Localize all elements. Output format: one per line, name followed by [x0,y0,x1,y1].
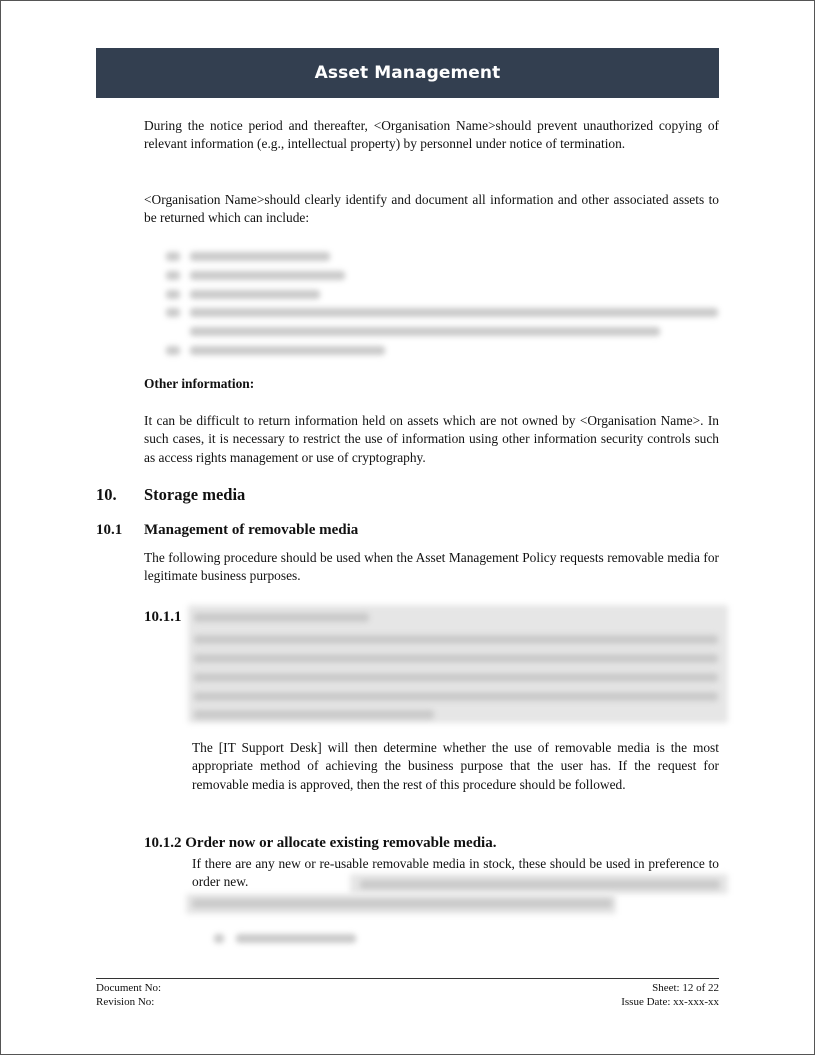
section-number: 10.1.1 [144,609,182,625]
footer-right: Sheet: 12 of 22 Issue Date: xx-xxx-xx [621,981,719,1009]
paragraph-assets-returned: <Organisation Name>should clearly identi… [144,191,719,228]
revision-no-label: Revision No: [96,995,161,1009]
paragraph-it-support-desk: The [IT Support Desk] will then determin… [192,739,719,794]
section-10-heading: 10.Storage media [96,485,245,505]
section-title: Management of removable media [144,522,358,538]
paragraph-removable-media-procedure: The following procedure should be used w… [144,549,719,586]
footer-divider [96,978,719,979]
footer-left: Document No: Revision No: [96,981,161,1009]
document-header-bar: Asset Management [96,48,719,98]
section-10-1-heading: 10.1Management of removable media [96,522,358,539]
paragraph-other-information: It can be difficult to return informatio… [144,412,719,467]
section-10-1-2-heading: 10.1.2 Order now or allocate existing re… [144,835,496,852]
document-no-label: Document No: [96,981,161,995]
section-title: Storage media [144,485,245,504]
issue-date: Issue Date: xx-xxx-xx [621,995,719,1009]
section-number: 10.1.2 [144,835,182,851]
section-number: 10. [96,485,144,505]
paragraph-notice-period: During the notice period and thereafter,… [144,117,719,154]
section-title: Order now or allocate existing removable… [185,835,496,851]
sheet-number: Sheet: 12 of 22 [621,981,719,995]
section-10-1-1-heading: 10.1.1 [144,609,182,626]
other-information-heading: Other information: [144,375,719,393]
section-number: 10.1 [96,522,144,539]
document-title: Asset Management [315,63,501,83]
